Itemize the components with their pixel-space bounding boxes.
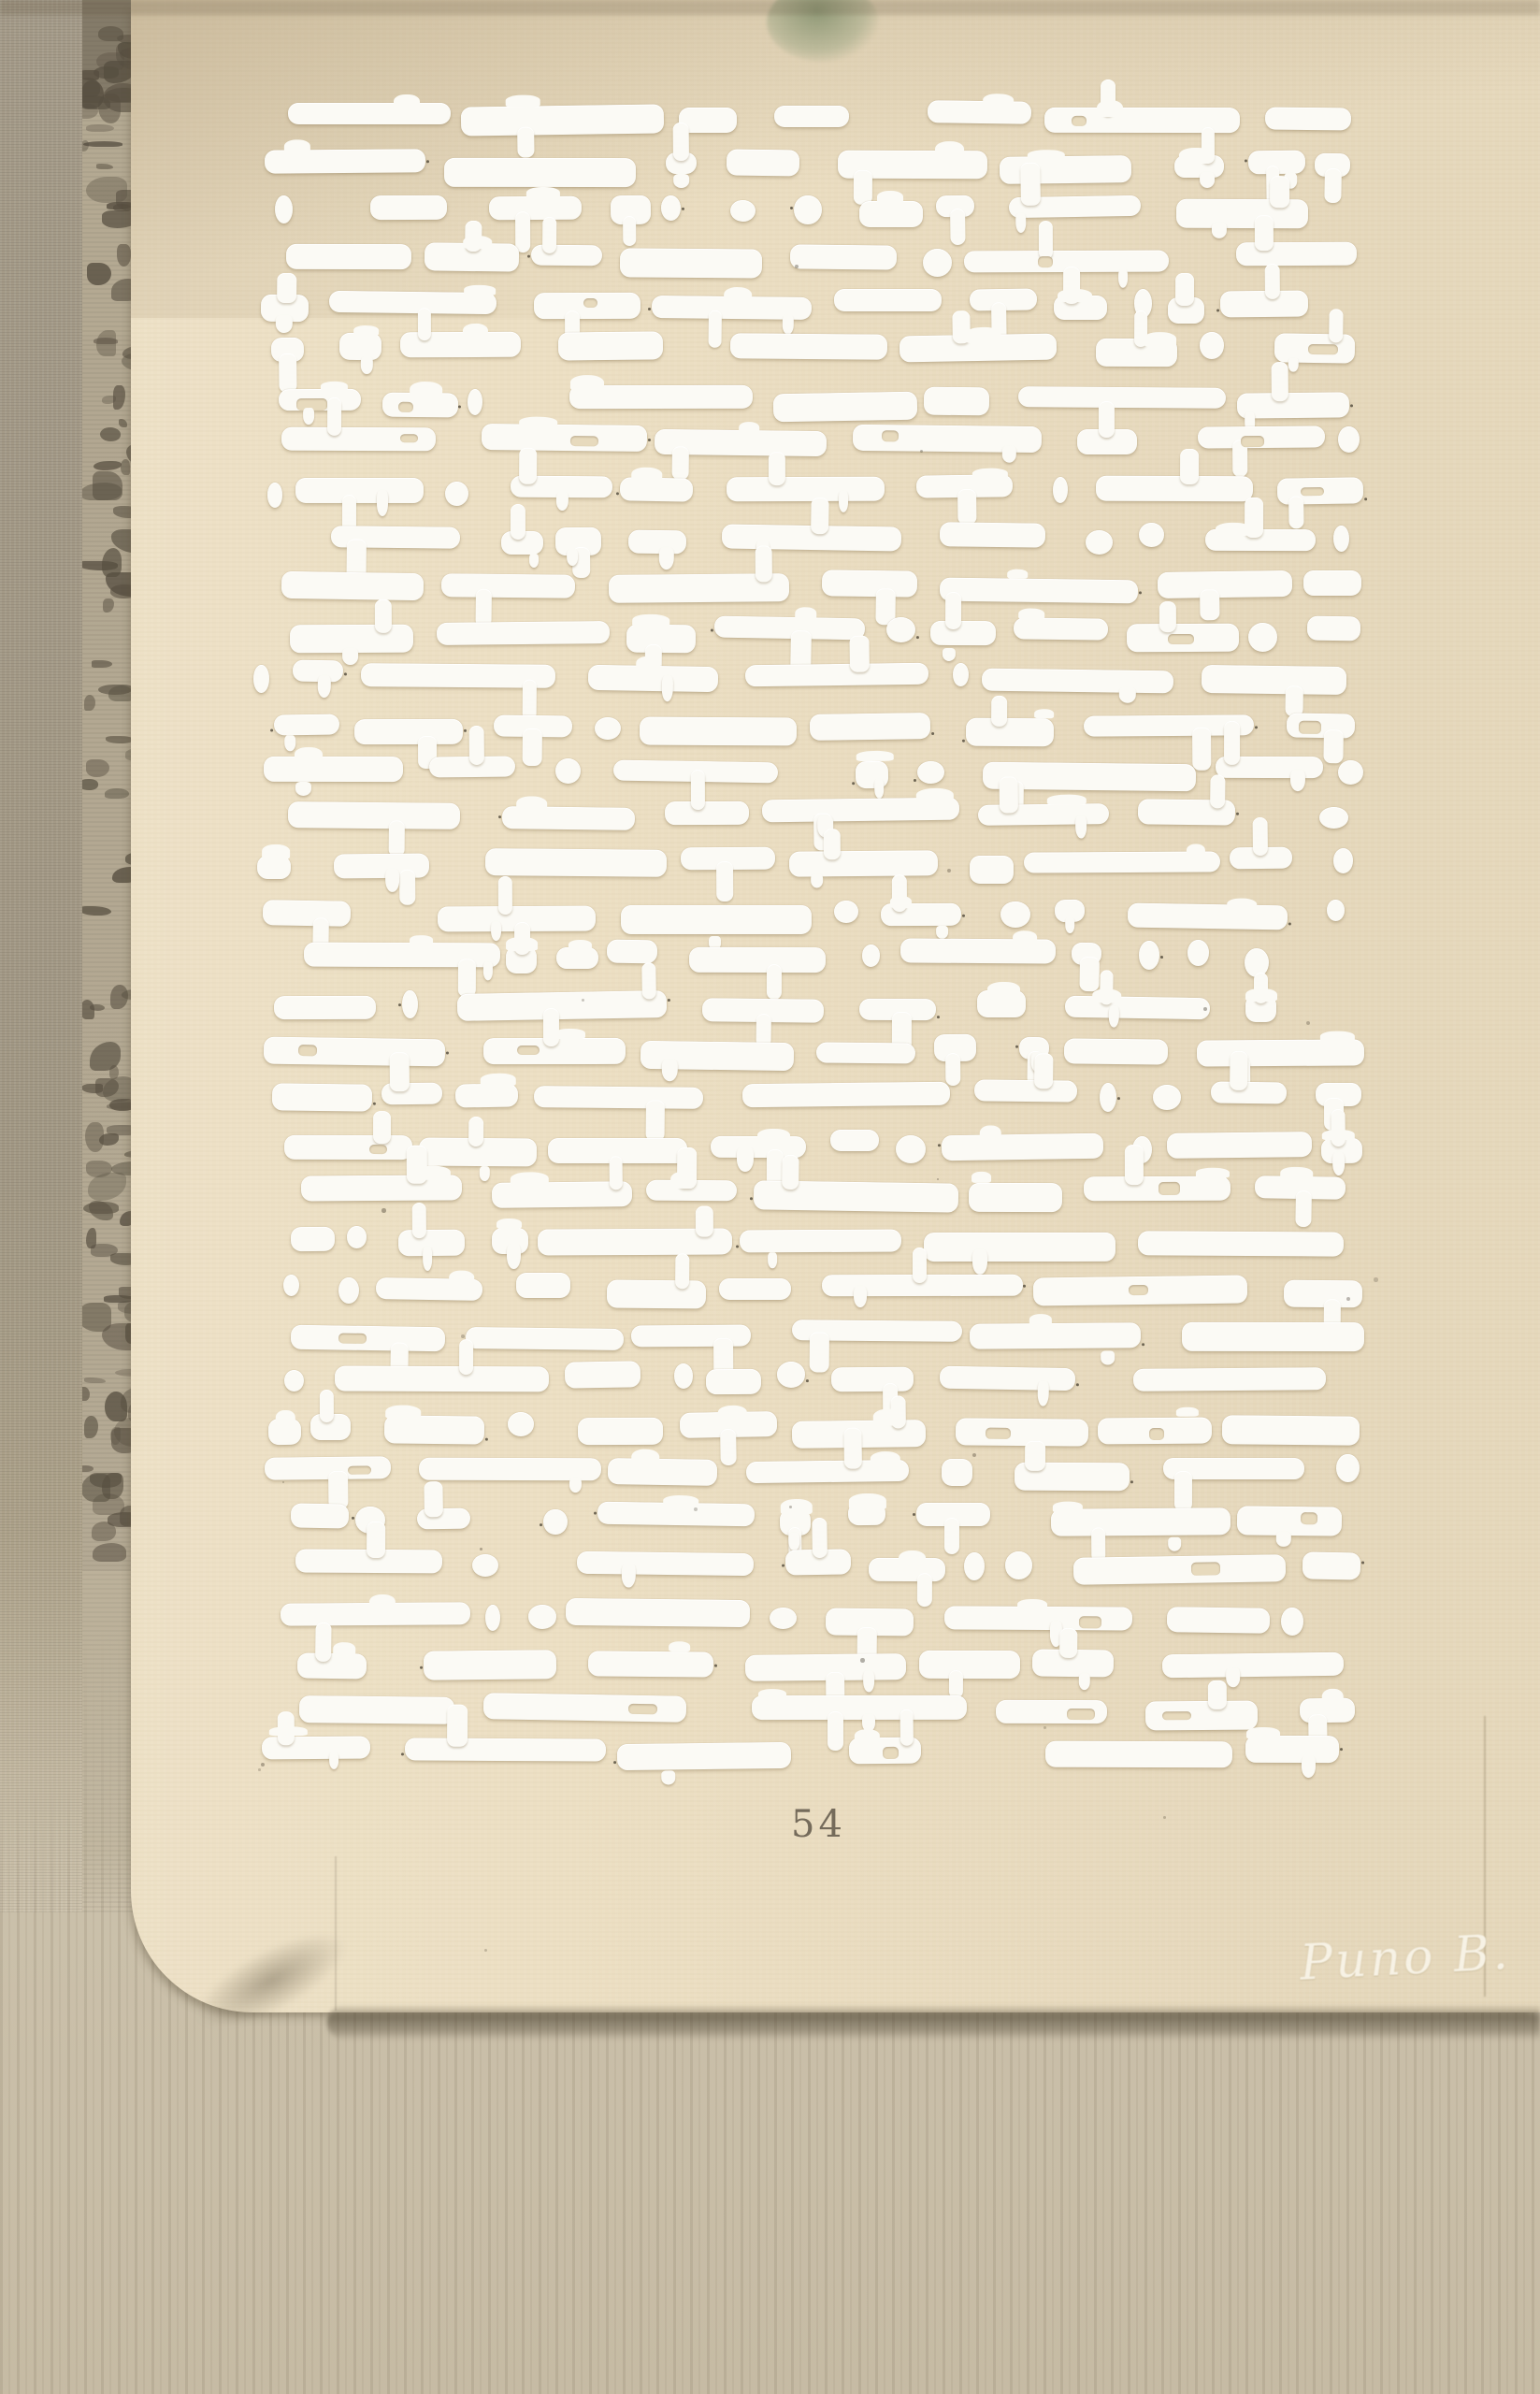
stem: [809, 1332, 829, 1372]
bump: [899, 1550, 926, 1567]
mottle-blotch: [96, 164, 113, 169]
bump: [796, 607, 817, 620]
paint-stroke: [936, 195, 975, 217]
speck: [400, 1753, 403, 1756]
paint-stroke: [849, 1737, 921, 1763]
drip: [1078, 1673, 1090, 1691]
paint-stroke: [730, 200, 756, 223]
mottle-blotch: [100, 427, 121, 441]
paint-stroke: [742, 1081, 950, 1107]
stem: [675, 1253, 689, 1289]
paint-stroke: [619, 248, 761, 278]
stem: [900, 1709, 914, 1745]
stem: [522, 728, 542, 766]
bump: [1321, 1688, 1343, 1705]
paint-stroke: [516, 1273, 570, 1298]
speck: [736, 1245, 739, 1247]
stem: [468, 1117, 483, 1147]
paint-stroke: [538, 1228, 732, 1255]
paint-stroke: [966, 718, 1055, 747]
paint-stroke: [283, 1275, 299, 1296]
stem: [673, 122, 689, 160]
paint-stroke: [467, 389, 482, 415]
speck: [913, 1513, 915, 1516]
stem: [457, 959, 476, 997]
speck: [1160, 956, 1163, 959]
stem: [1192, 728, 1212, 771]
paint-stroke: [291, 1325, 445, 1352]
paint-stroke: [859, 998, 936, 1019]
paint-stroke: [969, 1183, 1062, 1212]
paint-stroke: [927, 100, 1031, 124]
paint-stroke: [424, 1650, 556, 1680]
speck: [682, 208, 684, 210]
paint-stroke: [253, 665, 269, 693]
stem: [1330, 309, 1344, 342]
mottle-blotch: [105, 788, 129, 799]
paint-stroke: [664, 801, 748, 825]
paint-stroke: [996, 1699, 1107, 1723]
bump: [1245, 988, 1277, 1002]
bump: [915, 788, 954, 803]
mottle-blotch: [84, 1377, 106, 1383]
bump: [1047, 794, 1087, 805]
speck: [464, 729, 467, 732]
paint-stroke: [722, 524, 902, 551]
mottle-blotch: [109, 1065, 119, 1079]
stem: [1295, 1190, 1311, 1226]
bump: [631, 1449, 659, 1465]
paint-stroke: [265, 1456, 391, 1479]
paint-stroke: [1306, 616, 1360, 642]
page-number: 54: [791, 1803, 846, 1846]
bump: [971, 1172, 991, 1183]
drip: [556, 492, 569, 511]
paint-stroke: [896, 1135, 926, 1163]
hole: [986, 1427, 1011, 1439]
mottle-blotch: [84, 1416, 98, 1438]
paint-stroke: [1315, 153, 1350, 177]
dot: [947, 869, 951, 873]
paint-stroke: [652, 296, 812, 320]
paint-stroke: [607, 1280, 706, 1308]
stem: [768, 964, 783, 1000]
bump: [1029, 1314, 1052, 1326]
stem: [1270, 176, 1289, 208]
paint-stroke: [944, 1606, 1132, 1630]
paint-stroke: [1166, 1132, 1311, 1159]
drip: [811, 873, 823, 887]
bump: [353, 324, 379, 335]
hole: [1079, 1616, 1101, 1628]
stem: [991, 696, 1007, 727]
paint-stroke: [1018, 386, 1226, 409]
artist-signature: Puno B.: [1299, 1921, 1540, 1992]
stem: [641, 963, 656, 1000]
paint-stroke: [942, 1133, 1104, 1161]
mottle-blotch: [82, 95, 110, 109]
speck: [1077, 1383, 1080, 1386]
paint-stroke: [1127, 903, 1287, 930]
bump: [511, 1172, 549, 1187]
mottle-blotch: [121, 459, 130, 475]
speck: [962, 915, 965, 917]
bump: [1014, 931, 1038, 945]
paint-stroke: [1153, 1085, 1181, 1110]
stem: [1325, 168, 1343, 203]
stem: [720, 1429, 736, 1465]
stem: [398, 869, 415, 904]
mottle-blotch: [82, 906, 111, 916]
paint-stroke: [303, 942, 499, 966]
paint-stroke: [1182, 1322, 1364, 1351]
paint-stroke: [900, 939, 1056, 964]
speck: [459, 405, 462, 408]
bump: [664, 1495, 699, 1507]
hole: [1149, 1428, 1164, 1441]
bump: [758, 1689, 786, 1699]
paint-stroke: [1216, 757, 1323, 778]
paint-stroke: [288, 801, 461, 829]
bump: [505, 94, 540, 107]
bump: [448, 1270, 474, 1285]
paint-stroke: [1095, 339, 1176, 367]
paint-stroke: [1319, 807, 1348, 829]
stem: [1176, 273, 1194, 306]
paint-stroke: [1265, 107, 1351, 130]
paint-stroke: [982, 669, 1174, 693]
stem: [823, 829, 841, 860]
mottle-blotch: [102, 1323, 135, 1350]
speck: [1255, 726, 1258, 728]
drip: [839, 491, 849, 512]
dot: [461, 1334, 465, 1338]
bump: [368, 1594, 396, 1611]
mottle-blotch: [82, 779, 98, 790]
paint-stroke: [1161, 1651, 1343, 1677]
bump: [890, 896, 913, 907]
hole: [1129, 1284, 1148, 1295]
paint-stroke: [491, 1181, 632, 1208]
stem: [999, 776, 1017, 813]
paint-stroke: [494, 715, 572, 738]
paint-stroke: [1157, 570, 1292, 598]
paint-stroke: [417, 1507, 471, 1529]
paint-stroke: [398, 1230, 466, 1256]
paint-stroke: [607, 940, 657, 964]
paint-stroke: [506, 946, 537, 973]
paint-stroke: [1237, 1507, 1343, 1536]
paint-stroke: [1316, 1083, 1361, 1106]
paint-stroke: [293, 660, 343, 683]
mottle-blotch: [105, 1392, 127, 1421]
speck: [1350, 404, 1353, 407]
paint-stroke: [792, 1320, 962, 1342]
speck: [352, 1517, 354, 1520]
mottle-blotch: [84, 695, 95, 711]
stem: [1252, 816, 1268, 856]
paint-stroke: [333, 853, 428, 878]
paint-stroke: [789, 244, 897, 269]
drip: [1075, 816, 1087, 839]
paint-stroke: [1138, 1231, 1344, 1256]
drip: [1301, 1755, 1315, 1777]
paint-stroke: [1015, 1463, 1130, 1492]
paint-stroke: [1321, 1138, 1362, 1164]
dot: [381, 1208, 386, 1213]
bump: [384, 1405, 421, 1420]
paint-stroke: [257, 856, 291, 880]
mottle-blotch: [94, 461, 122, 470]
bump: [1176, 1407, 1199, 1417]
bump: [276, 1410, 295, 1426]
speck: [540, 1524, 542, 1527]
paint-stroke: [429, 756, 516, 777]
speck: [1340, 1748, 1343, 1751]
bump: [1007, 570, 1028, 579]
paint-stroke: [444, 482, 468, 507]
drip: [737, 1147, 754, 1172]
paint-stroke: [1176, 199, 1308, 228]
mottle-blotch: [86, 124, 114, 132]
paint-stroke: [978, 803, 1109, 826]
paint-stroke: [1202, 665, 1347, 695]
paint-stroke: [923, 249, 952, 277]
paint-stroke: [969, 288, 1036, 310]
drip: [1290, 769, 1305, 791]
speck: [1015, 1046, 1018, 1048]
speck: [616, 493, 619, 496]
paint-stroke: [953, 663, 969, 686]
paint-stroke: [511, 476, 612, 498]
paint-stroke: [444, 157, 636, 186]
stem: [519, 447, 537, 483]
paint-stroke: [375, 1277, 482, 1301]
stem: [1331, 1109, 1346, 1147]
paint-stroke: [338, 332, 381, 359]
hole: [1168, 634, 1194, 644]
bump: [669, 1172, 694, 1189]
bump: [877, 190, 903, 203]
speck: [806, 1379, 809, 1382]
hole: [1308, 343, 1338, 354]
mottle-blotch: [82, 483, 122, 500]
paint-stroke: [1205, 528, 1316, 550]
paint-stroke: [834, 901, 858, 923]
paint-stroke: [284, 1135, 412, 1160]
paint-stroke: [919, 1651, 1020, 1679]
speck: [398, 1004, 401, 1007]
dot: [1163, 1816, 1166, 1819]
hole: [369, 1145, 387, 1154]
paint-stroke: [769, 1608, 796, 1629]
scan-top-edge-shadow: [0, 0, 1540, 15]
paint-stroke: [1168, 297, 1204, 324]
speck: [527, 255, 530, 258]
speck: [916, 636, 919, 639]
hole: [400, 435, 418, 443]
drip: [768, 1252, 777, 1268]
paint-stroke: [1255, 1175, 1346, 1199]
stem: [1271, 362, 1288, 402]
paint-stroke: [621, 905, 812, 934]
paint-stroke: [558, 331, 664, 360]
drip: [788, 1533, 799, 1550]
stem: [469, 726, 485, 765]
hole: [883, 1747, 899, 1759]
speck: [938, 1015, 941, 1017]
paint-stroke: [620, 477, 693, 502]
mottle-blotch: [82, 70, 99, 80]
hole: [1072, 116, 1087, 126]
stem: [320, 1390, 334, 1422]
paint-stroke: [666, 151, 697, 174]
drip: [490, 921, 500, 941]
paint-stroke: [727, 476, 885, 501]
speck: [1117, 1097, 1120, 1100]
paint-stroke: [640, 1040, 794, 1071]
paint-stroke: [354, 718, 463, 743]
dot: [789, 1506, 792, 1508]
stem: [515, 211, 530, 252]
paint-stroke: [1198, 425, 1325, 448]
paint-stroke: [1024, 852, 1220, 873]
paint-stroke: [740, 1229, 901, 1252]
speck: [782, 1564, 784, 1566]
paint-stroke: [655, 429, 828, 456]
drip: [1211, 223, 1227, 238]
bump: [1187, 844, 1206, 858]
stem: [327, 397, 341, 436]
bump: [519, 416, 557, 427]
stem: [1265, 264, 1281, 299]
paint-stroke: [689, 947, 826, 973]
paint-stroke: [482, 1693, 685, 1723]
bump: [980, 1125, 1001, 1142]
paint-stroke: [794, 195, 822, 224]
bump: [856, 751, 894, 761]
paint-stroke: [527, 1605, 556, 1629]
paint-stroke: [661, 195, 681, 221]
stem: [623, 216, 637, 247]
dot: [258, 1768, 261, 1771]
bump: [855, 1729, 881, 1743]
paint-stroke: [1237, 393, 1349, 419]
stem: [1255, 215, 1274, 251]
paint-stroke: [264, 1036, 445, 1066]
paint-stroke: [785, 1549, 852, 1575]
paint-stroke: [566, 1598, 751, 1628]
bump: [410, 382, 442, 398]
paint-stroke: [272, 1083, 372, 1111]
paint-stroke: [719, 1278, 791, 1300]
bump: [724, 287, 753, 304]
mottle-blotch: [86, 759, 109, 777]
mottle-blotch: [82, 78, 100, 97]
bump: [526, 187, 560, 199]
hole: [1301, 487, 1324, 496]
stem: [609, 1157, 622, 1190]
speck: [1244, 159, 1246, 162]
paint-stroke: [940, 522, 1046, 547]
stem: [375, 598, 392, 632]
paint-stroke: [1332, 526, 1348, 552]
paint-stroke: [310, 1414, 351, 1440]
paint-stroke: [543, 1509, 568, 1536]
paint-stroke: [1230, 846, 1293, 868]
paint-stroke: [577, 1551, 754, 1577]
stem: [949, 1670, 964, 1698]
speck: [1142, 1342, 1144, 1345]
paint-stroke: [502, 806, 635, 829]
paint-stroke: [264, 757, 403, 782]
paint-stroke: [531, 245, 602, 267]
book-page: 54 Puno B.: [131, 0, 1540, 2012]
paint-stroke: [1163, 1458, 1304, 1479]
paint-stroke: [830, 1130, 879, 1151]
bump: [987, 982, 1020, 997]
bump: [570, 374, 605, 390]
paint-stroke: [1222, 1415, 1360, 1445]
paint-stroke: [628, 529, 686, 553]
paint-stroke: [1072, 943, 1102, 966]
mottle-blotch: [83, 141, 122, 147]
paint-stroke: [1052, 477, 1068, 503]
stem: [389, 820, 405, 858]
speck: [711, 629, 713, 632]
paint-stroke: [268, 1418, 302, 1444]
paint-stroke: [617, 1741, 792, 1769]
stem: [516, 126, 534, 157]
mottle-blotch: [82, 1387, 90, 1401]
paint-stroke: [809, 713, 929, 741]
stem: [277, 273, 296, 303]
paint-stroke: [1211, 1081, 1287, 1103]
stem: [1079, 957, 1100, 991]
paint-stroke: [472, 1554, 499, 1578]
speck: [1023, 1284, 1026, 1287]
stem: [950, 209, 966, 246]
paint-stroke: [762, 798, 959, 822]
stem: [279, 353, 296, 393]
drip: [507, 1244, 521, 1270]
paint-stroke: [940, 578, 1138, 604]
paint-stroke: [1000, 901, 1030, 927]
paint-stroke: [263, 900, 351, 926]
stem: [1288, 497, 1304, 529]
hole: [1162, 1711, 1191, 1720]
paint-stroke: [1303, 570, 1361, 596]
paint-stroke: [419, 1457, 601, 1479]
stem: [844, 1428, 862, 1469]
paint-stroke: [299, 1695, 454, 1724]
paint-stroke: [869, 1558, 945, 1581]
paint-stroke: [437, 621, 610, 644]
speck: [420, 1666, 423, 1669]
drip: [295, 782, 310, 796]
bump: [269, 1726, 308, 1736]
stem: [542, 217, 556, 254]
bump: [294, 747, 322, 763]
paint-stroke: [270, 337, 303, 361]
paint-stroke: [1086, 530, 1114, 555]
stem: [782, 1155, 799, 1190]
paint-stroke: [924, 387, 989, 415]
paint-stroke: [284, 1370, 304, 1392]
mottle-blotch: [98, 685, 132, 695]
hole: [881, 430, 899, 441]
drip: [1276, 1532, 1291, 1547]
